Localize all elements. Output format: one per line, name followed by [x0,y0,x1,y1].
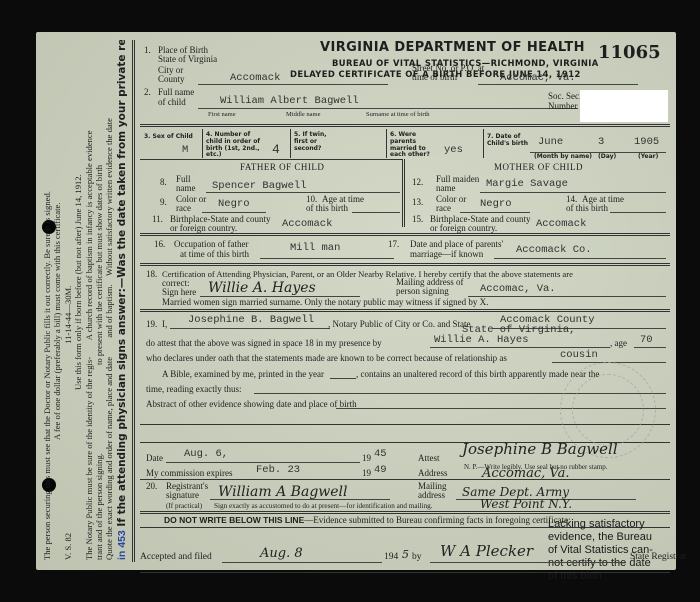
field-label: 19 [362,469,371,479]
field-label: , Notary Public of City or Co. and State [328,320,470,330]
field-label: 5. If twin, first or second? [294,132,342,152]
redacted-ssn [580,90,668,122]
field-label: time of birth [412,73,457,83]
child-name-value: William Albert Bagwell [220,95,359,107]
field-number: 2. [144,88,151,98]
filing-line: Accepted and filed Aug. 8 194 5 by W A P… [140,548,674,568]
birth-certificate: The person securing this must see that t… [36,32,676,570]
lacking-evidence-stamp: Lacking satisfactory [548,518,645,531]
parents-married-value: yes [444,144,463,156]
field-sublabel: Surname at time of birth [366,111,430,118]
field-label: 7. Date of Child's birth [487,134,531,148]
field-label: race [436,204,451,214]
registrant-address-line2: West Point N.Y. [480,497,572,511]
notary-seal-inner [572,374,644,446]
field-number: 13. [412,198,423,208]
field-number: 18. [146,270,157,280]
father-section-title: FATHER OF CHILD [240,163,324,173]
field-number: 17. [388,240,399,250]
field-label: 3. Sex of Child [144,134,200,141]
signer-age-value: 70 [640,334,653,346]
oath-text: who declares under oath that the stateme… [146,354,507,364]
father-birthplace-value: Accomack [282,218,332,230]
birth-county-value: Accomack [230,72,280,84]
field-label: name [176,184,196,194]
instruction-line: trant and of the person signing. to pres… [94,40,104,560]
field-label: of this birth [306,204,348,214]
field-label: signature [166,491,199,501]
physician-question: in 453 If the attending physician signs … [115,40,129,560]
field-number: 20. [146,482,157,492]
field-label: Accepted and filed [140,552,212,562]
field-label: Number [548,102,578,112]
field-label: State of Virginia [158,55,217,65]
notary-date-year: 45 [374,448,387,460]
field-number: 9. [160,198,167,208]
field-label: 6. Were parents married to each other? [390,132,440,159]
instruction-line: Use this form only if born before (but n… [73,40,83,560]
field-sublabel: (If practical) [166,502,202,510]
attest-text: do attest that the above was signed in s… [146,339,382,349]
bureau-only-line: DO NOT WRITE BELOW THIS LINE—Evidence su… [164,516,571,526]
birth-order-value: 4 [272,142,280,157]
border-rule [132,40,135,562]
mother-race-value: Negro [480,198,512,210]
field-sublabel: First name [208,111,236,118]
field-label: State Registrar [630,552,686,562]
certificate-number: 11065 [598,42,661,63]
field-sublabel: Middle name [286,111,320,118]
parents-marriage-value: Accomack Co. [516,244,592,256]
bible-text: , contains an unaltered record of this b… [356,370,599,380]
field-sublabel: (Month by name) [534,154,592,161]
reading-text: time, reading exactly thus: [146,385,241,395]
commission-expiry-value: Feb. 23 [256,464,300,476]
field-label: address [418,491,445,501]
father-race-value: Negro [218,198,250,210]
field-label: County [158,75,185,85]
sex-value: M [182,144,188,156]
certificate-form: VIRGINIA DEPARTMENT OF HEALTH BUREAU OF … [140,32,670,570]
bible-text: A Bible, examined by me, printed in the … [162,370,324,380]
notary-date-value: Aug. 6, [184,448,228,460]
instruction-line: V. S. 82 11-14-44—30M. [63,40,73,560]
father-occupation-value: Mill man [290,242,340,254]
instructions-sidebar: The person securing this must see that t… [36,32,132,570]
field-number: 1. [144,46,151,56]
filed-date-value: Aug. 8 [260,546,303,561]
birth-day-value: 3 [598,136,604,148]
field-label: 194 [384,552,398,562]
instruction-line: The person securing this must see that t… [42,40,52,560]
field-label: I, [162,320,167,330]
field-sublabel: (Day) [598,154,616,161]
field-label: race [176,204,191,214]
instruction-line: A fee of one dollar (preferably a bill) … [52,40,62,560]
mother-name-value: Margie Savage [486,178,568,190]
agency-title: VIRGINIA DEPARTMENT OF HEALTH [320,40,585,55]
notary-signature: Josephine B Bagwell [462,440,618,458]
registrant-signature: William A Bagwell [218,484,348,500]
field-label: at time of this birth [180,250,249,260]
mother-section-title: MOTHER OF CHILD [494,163,583,173]
mother-birthplace-value: Accomack [536,218,586,230]
field-label: person signing [396,287,449,297]
field-label: , age [610,339,627,349]
field-sublabel: (Year) [638,154,658,161]
instruction-line: The Notary Public must be sure of the id… [84,40,94,560]
notary-name-value: Josephine B. Bagwell [188,314,314,326]
field-label: marriage—if known [410,250,483,260]
field-label: My commission expires [146,469,233,479]
certification-text: Certification of Attending Physician, Pa… [162,270,573,280]
field-number: 12. [412,178,423,188]
field-label: Attest [418,454,440,464]
certifier-address-value: Accomac, Va. [480,283,556,295]
field-label: Date [146,454,163,464]
birth-month-value: June [538,136,563,148]
field-label: 19 [362,454,371,464]
lacking-evidence-line: evidence, the Bureau [548,531,652,544]
registrar-signature: W A Plecker [440,542,533,560]
field-label: by [412,552,422,562]
father-name-value: Spencer Bagwell [212,180,307,192]
field-label: Address [418,469,448,479]
certifier-signature: Willie A. Hayes [208,280,316,296]
field-number: 11. [152,215,163,225]
signer-name-value: Willie A. Hayes [434,334,529,346]
field-number: 16. [154,240,165,250]
field-number: 19. [146,320,157,330]
field-number: 8. [160,178,167,188]
abstract-text: Abstract of other evidence showing date … [146,400,357,410]
signature-note: Married women sign married surname. Only… [162,298,488,308]
field-number: 15. [412,215,423,225]
field-label: name [436,184,456,194]
relationship-value: cousin [560,349,598,361]
registrant-note: Sign exactly as accustomed to do at pres… [214,502,433,510]
field-label: of this birth [566,204,608,214]
birth-year-value: 1905 [634,136,659,148]
commission-expiry-year: 49 [374,464,387,476]
filed-year-value: 5 [402,548,409,561]
field-label: of child [158,98,186,108]
birth-street-value: Accomac, Va. [500,72,576,84]
instruction-line: Quote the exact wording and order of nam… [104,40,114,560]
field-label: 4. Number of child in order of birth (1s… [206,132,262,159]
